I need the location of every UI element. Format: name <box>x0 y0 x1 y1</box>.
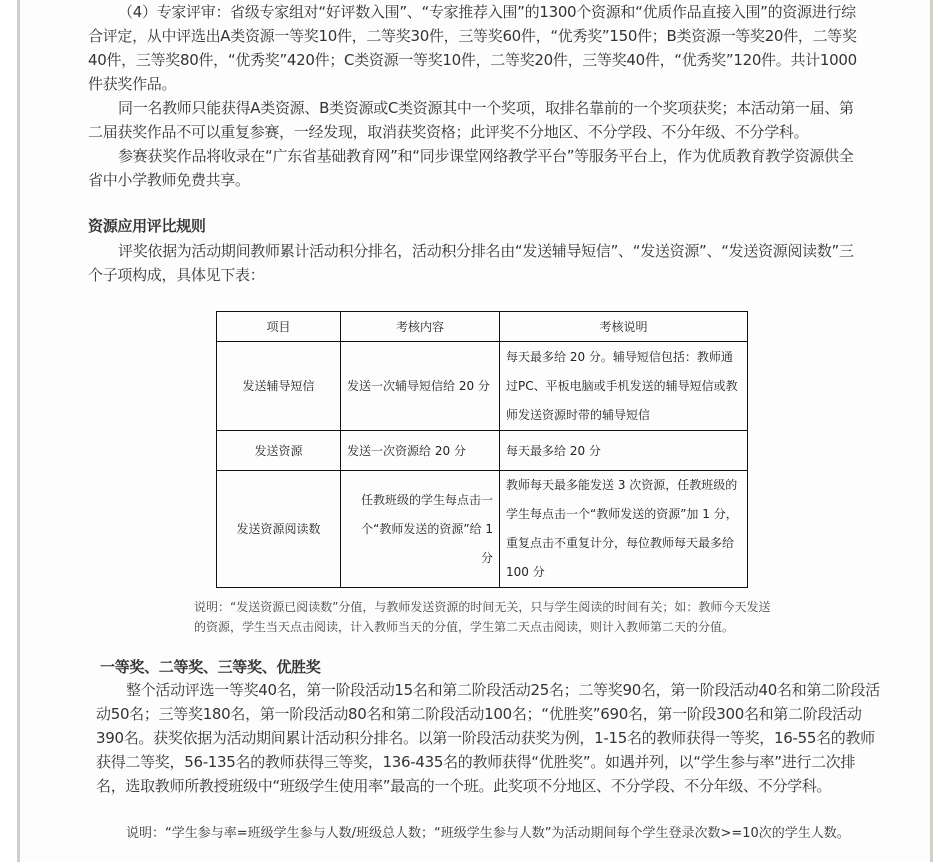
row-description: 每天最多给 20 分 <box>500 431 748 471</box>
resource-rules-intro-text: 评奖依据为活动期间教师累计活动积分排名，活动积分排名由“发送辅导短信”、“发送资… <box>88 239 858 287</box>
resource-rules-heading: 资源应用评比规则 <box>88 215 206 236</box>
table-header-row: 项目 考核内容 考核说明 <box>217 312 748 342</box>
table-note: 说明：“发送资源已阅读数”分值，与教师发送资源的时间无关，只与学生阅读的时间有关… <box>194 597 774 637</box>
single-award-rule-paragraph: 同一名教师只能获得A类资源、B类资源或C类资源其中一个奖项，取排名靠前的一个奖项… <box>88 96 858 144</box>
header-item: 项目 <box>217 312 341 342</box>
awards-note: 说明：“学生参与率=班级学生参与人数/班级总人数；“班级学生参与人数”为活动期间… <box>126 824 886 844</box>
expert-review-section: （4）专家评审：省级专家组对“好评数入围”、“专家推荐入围”的1300个资源和“… <box>88 0 858 192</box>
table-row: 发送辅导短信 发送一次辅导短信给 20 分 每天最多给 20 分。辅导短信包括：… <box>217 342 748 431</box>
awards-heading: 一等奖、二等奖、三等奖、优胜奖 <box>100 656 321 677</box>
header-content: 考核内容 <box>341 312 500 342</box>
expert-review-paragraph: （4）专家评审：省级专家组对“好评数入围”、“专家推荐入围”的1300个资源和“… <box>88 0 858 96</box>
row-item: 发送资源阅读数 <box>217 471 341 588</box>
resource-rules-intro: 评奖依据为活动期间教师累计活动积分排名，活动积分排名由“发送辅导短信”、“发送资… <box>88 239 858 287</box>
awards-section: 整个活动评选一等奖40名，第一阶段活动15名和第二阶段活动25名；二等奖90名，… <box>96 678 881 798</box>
row-content: 发送一次辅导短信给 20 分 <box>341 342 500 431</box>
row-item: 发送资源 <box>217 431 341 471</box>
sharing-platform-paragraph: 参赛获奖作品将收录在“广东省基础教育网”和“同步课堂网络教学平台”等服务平台上，… <box>88 144 858 192</box>
row-description: 每天最多给 20 分。辅导短信包括：教师通过PC、平板电脑或手机发送的辅导短信或… <box>500 342 748 431</box>
table-row: 发送资源 发送一次资源给 20 分 每天最多给 20 分 <box>217 431 748 471</box>
row-content: 发送一次资源给 20 分 <box>341 431 500 471</box>
row-content: 任教班级的学生每点击一个“教师发送的资源”给 1 分 <box>341 471 500 588</box>
awards-paragraph: 整个活动评选一等奖40名，第一阶段活动15名和第二阶段活动25名；二等奖90名，… <box>96 678 881 798</box>
scoring-rules-table: 项目 考核内容 考核说明 发送辅导短信 发送一次辅导短信给 20 分 每天最多给… <box>216 311 748 588</box>
header-description: 考核说明 <box>500 312 748 342</box>
table-row: 发送资源阅读数 任教班级的学生每点击一个“教师发送的资源”给 1 分 教师每天最… <box>217 471 748 588</box>
row-description: 教师每天最多能发送 3 次资源，任教班级的学生每点击一个“教师发送的资源”加 1… <box>500 471 748 588</box>
row-item: 发送辅导短信 <box>217 342 341 431</box>
